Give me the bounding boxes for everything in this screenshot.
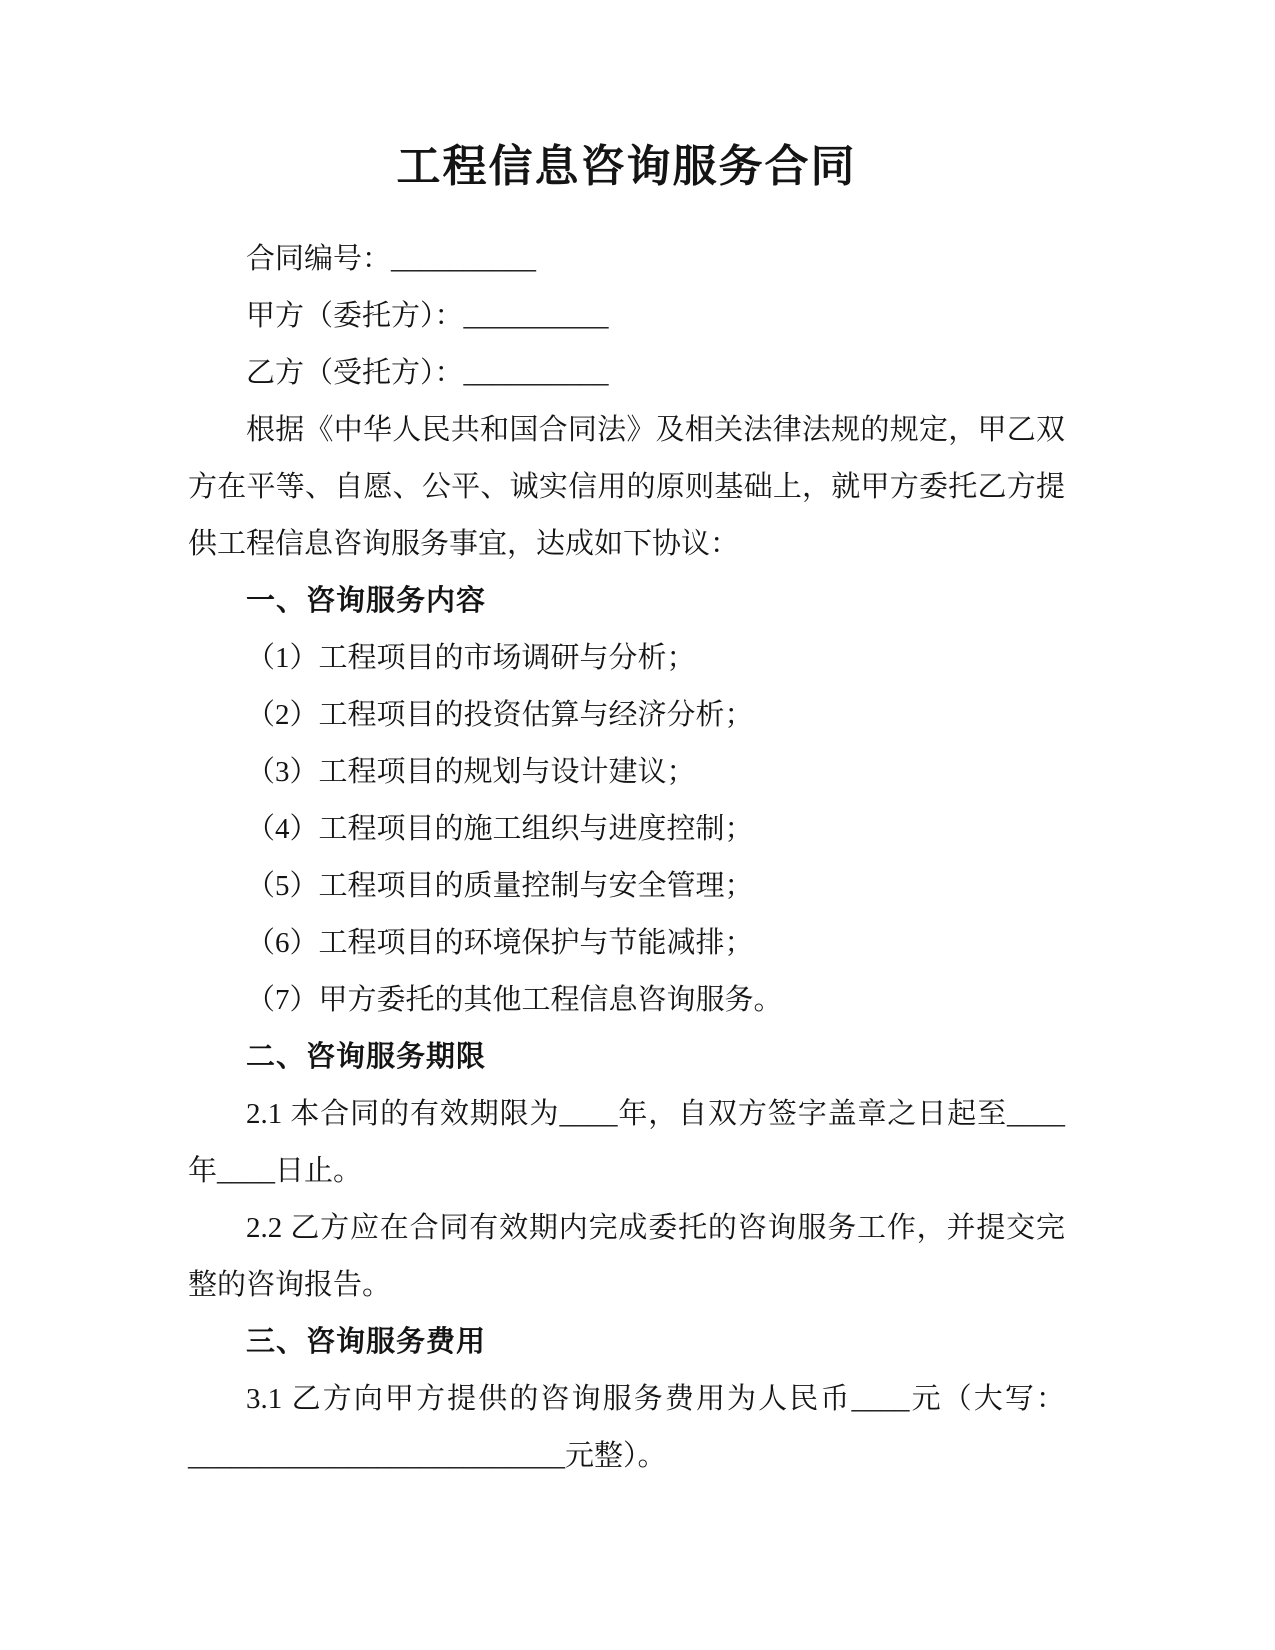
contract-number-label: 合同编号： xyxy=(246,243,391,275)
party-b-blank: __________ xyxy=(464,357,609,389)
section-3-heading: 三、咨询服务费用 xyxy=(188,1314,1065,1371)
section-1-heading: 一、咨询服务内容 xyxy=(188,573,1065,630)
party-b-label: 乙方（受托方）： xyxy=(246,357,464,389)
section-3-clause-3-1: 3.1 乙方向甲方提供的咨询服务费用为人民币____元（大写：_________… xyxy=(188,1371,1065,1485)
intro-paragraph: 根据《中华人民共和国合同法》及相关法律法规的规定，甲乙双方在平等、自愿、公平、诚… xyxy=(188,402,1065,573)
contract-number-blank: __________ xyxy=(391,243,536,275)
section-2-heading: 二、咨询服务期限 xyxy=(188,1029,1065,1086)
document-page: 工程信息咨询服务合同 合同编号：__________ 甲方（委托方）：_____… xyxy=(0,0,1275,1650)
section-2-clause-2-1: 2.1 本合同的有效期限为____年，自双方签字盖章之日起至____年____日… xyxy=(188,1086,1065,1200)
section-2-clause-2-2: 2.2 乙方应在合同有效期内完成委托的咨询服务工作，并提交完整的咨询报告。 xyxy=(188,1200,1065,1314)
section-1-item-3: （3）工程项目的规划与设计建议； xyxy=(188,744,1065,801)
party-b-row: 乙方（受托方）：__________ xyxy=(188,345,1065,402)
section-1-item-6: （6）工程项目的环境保护与节能减排； xyxy=(188,915,1065,972)
section-1-item-4: （4）工程项目的施工组织与进度控制； xyxy=(188,801,1065,858)
section-1-item-1: （1）工程项目的市场调研与分析； xyxy=(188,630,1065,687)
contract-document: 工程信息咨询服务合同 合同编号：__________ 甲方（委托方）：_____… xyxy=(188,140,1065,1485)
contract-number-row: 合同编号：__________ xyxy=(188,231,1065,288)
section-1-item-2: （2）工程项目的投资估算与经济分析； xyxy=(188,687,1065,744)
document-title: 工程信息咨询服务合同 xyxy=(188,140,1065,193)
party-a-label: 甲方（委托方）： xyxy=(246,300,464,332)
section-1-item-5: （5）工程项目的质量控制与安全管理； xyxy=(188,858,1065,915)
party-a-blank: __________ xyxy=(464,300,609,332)
section-1-item-7: （7）甲方委托的其他工程信息咨询服务。 xyxy=(188,972,1065,1029)
party-a-row: 甲方（委托方）：__________ xyxy=(188,288,1065,345)
